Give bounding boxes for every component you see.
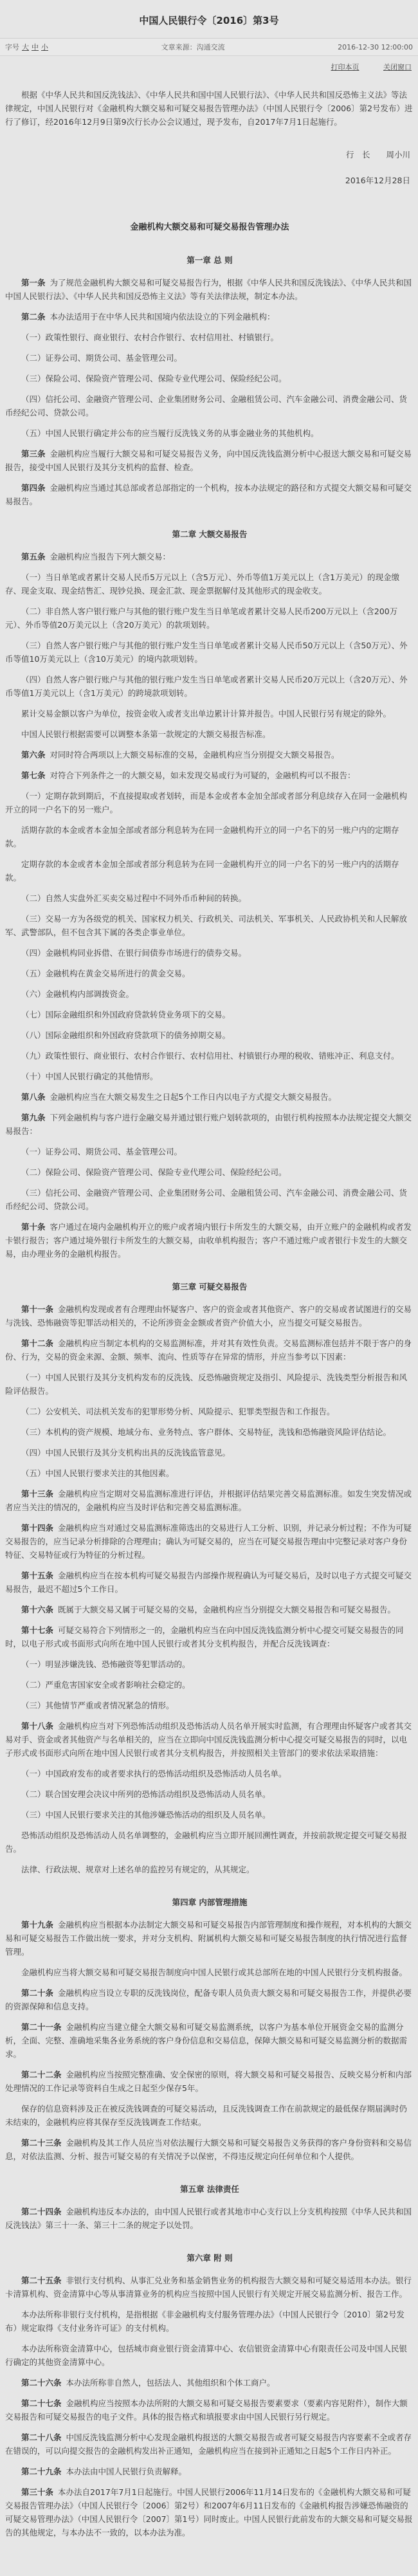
article-paragraph: 第十七条可疑交易符合下列情形之一的，金融机构应当在向中国反洗钱监测分析中心提交可…: [5, 1623, 414, 1650]
article-number: 第五条: [21, 552, 46, 562]
list-item-paragraph: （三）自然人客户银行账户与其他的银行账户发生当日单笔或者累计交易人民币50万元以…: [5, 639, 414, 666]
article-paragraph: 第五条金融机构应当报告下列大额交易：: [5, 550, 414, 563]
list-item-paragraph: （五）中国人民银行要求关注的其他因素。: [5, 1466, 414, 1480]
body-paragraph: 法律、行政法规、规章对上述名单的监控另有规定的，从其规定。: [5, 1863, 414, 1876]
list-item-paragraph: （三）信托公司、金融资产管理公司、企业集团财务公司、金融租赁公司、汽车金融公司、…: [5, 1186, 414, 1213]
chapter-heading: 第六章 附 则: [5, 2251, 414, 2265]
body-paragraph: 活期存款的本金或者本金加全部或者部分利息转为在同一金融机构开立的同一户名下的另一…: [5, 823, 414, 850]
list-item-paragraph: （七）国际金融组织和外国政府贷款转贷业务项下的交易。: [5, 1008, 414, 1021]
document-blocks: 第一章 总 则第一条为了规范金融机构大额交易和可疑交易报告行为，根据《中华人民共…: [5, 253, 414, 2539]
article-paragraph: 第二十九条本办法由中国人民银行负责解释。: [5, 2465, 414, 2478]
article-paragraph: 第二十四条金融机构违反本办法的，由中国人民银行或者其地市中心支行以上分支机构按照…: [5, 2205, 414, 2232]
article-number: 第三十条: [21, 2487, 53, 2497]
article-number: 第二十五条: [21, 2276, 62, 2285]
chapter-heading: 第二章 大额交易报告: [5, 527, 414, 541]
font-size-large-link[interactable]: 大: [22, 42, 29, 52]
article-number: 第十二条: [21, 1338, 53, 1348]
article-paragraph: 第二十条金融机构应当设立专职的反洗钱岗位，配备专职人员负责大额交易和可疑交易报告…: [5, 1986, 414, 2013]
article-number: 第二十三条: [21, 2138, 62, 2148]
body-paragraph: 本办法所称非银行支付机构，是指根据《非金融机构支付服务管理办法》（中国人民银行令…: [5, 2308, 414, 2335]
article-number: 第十条: [21, 1222, 46, 1232]
article-number: 第十七条: [21, 1625, 53, 1635]
list-item-paragraph: （二）证券公司、期货公司、基金管理公司。: [5, 351, 414, 365]
article-number: 第六条: [21, 750, 46, 760]
document-body: 根据《中华人民共和国反洗钱法》、《中华人民共和国中国人民银行法》、《中华人民共和…: [0, 72, 418, 2576]
list-item-paragraph: （四）自然人客户银行账户与其他的银行账户发生当日单笔或者累计交易人民币20万元以…: [5, 673, 414, 700]
chapter-heading: 第五章 法律责任: [5, 2182, 414, 2196]
article-paragraph: 第七条对符合下列条件之一的大额交易，如未发现交易或行为可疑的，金融机构可以不报告…: [5, 769, 414, 782]
article-number: 第十四条: [21, 1523, 53, 1533]
body-paragraph: 金融机构应当将大额交易和可疑交易报告制度向中国人民银行或其总部所在地的中国人民银…: [5, 1966, 414, 1979]
signature-date: 2016年12月28日: [5, 174, 410, 187]
body-paragraph: 定期存款的本金或者本金加全部或者部分利息转为在同一金融机构开立的同一户名下的另一…: [5, 857, 414, 884]
list-item-paragraph: （五）中国人民银行确定并公布的应当履行反洗钱义务的从事金融业务的其他机构。: [5, 426, 414, 440]
article-number: 第十五条: [21, 1571, 53, 1580]
article-paragraph: 第十五条金融机构应当在按本机构可疑交易报告内部操作规程确认为可疑交易后，及时以电…: [5, 1569, 414, 1596]
article-number: 第二十九条: [21, 2467, 62, 2476]
close-window-link[interactable]: 关闭窗口: [383, 63, 412, 71]
article-number: 第二十四条: [21, 2207, 62, 2216]
article-number: 第二十七条: [21, 2398, 62, 2408]
article-number: 第十六条: [21, 1605, 53, 1614]
article-number: 第二十二条: [21, 2070, 62, 2079]
article-paragraph: 第十四条金融机构应当对通过交易监测标准筛选出的交易进行人工分析、识别，并记录分析…: [5, 1521, 414, 1562]
list-item-paragraph: （五）金融机构在黄金交易所进行的黄金交易。: [5, 967, 414, 980]
page-actions: 打印本页 关闭窗口: [0, 56, 418, 72]
regulation-title: 金融机构大额交易和可疑交易报告管理办法: [5, 221, 414, 234]
chapter-heading: 第一章 总 则: [5, 253, 414, 267]
list-item-paragraph: （三）交易一方为各级党的机关、国家权力机关、行政机关、司法机关、军事机关、人民政…: [5, 912, 414, 939]
article-paragraph: 第六条对同时符合两项以上大额交易标准的交易，金融机构应当分别提交大额交易报告。: [5, 748, 414, 762]
print-page-link[interactable]: 打印本页: [331, 63, 359, 71]
list-item-paragraph: （三）中国人民银行要求关注的其他涉嫌恐怖活动的组织及人员名单。: [5, 1808, 414, 1822]
article-paragraph: 第二条本办法适用于在中华人民共和国境内依法设立的下列金融机构：: [5, 310, 414, 324]
article-number: 第四条: [21, 483, 46, 493]
article-number: 第七条: [21, 771, 46, 780]
list-item-paragraph: （一）中国人民银行及其分支机构发布的反洗钱、反恐怖融资规定及指引、风险提示、洗钱…: [5, 1371, 414, 1398]
list-item-paragraph: （一）证券公司、期货公司、基金管理公司。: [5, 1145, 414, 1158]
list-item-paragraph: （九）政策性银行、商业银行、农村合作银行、农村信用社、村镇银行办理的税收、错账冲…: [5, 1049, 414, 1063]
article-number: 第二条: [21, 312, 46, 322]
article-number: 第九条: [21, 1113, 46, 1122]
body-paragraph: 本办法所称资金清算中心，包括城市商业银行资金清算中心、农信银资金清算中心有限责任…: [5, 2342, 414, 2369]
list-item-paragraph: （八）国际金融组织和外国政府贷款项下的债务掉期交易。: [5, 1028, 414, 1042]
list-item-paragraph: （二）非自然人客户银行账户与其他的银行账户发生当日单笔或者累计交易人民币200万…: [5, 605, 414, 632]
list-item-paragraph: （二）公安机关、司法机关发布的犯罪形势分析、风险提示、犯罪类型报告和工作报告。: [5, 1405, 414, 1418]
meta-bar: 字号 大 中 小 文章来源：沟通交流 2016-12-30 12:00:00: [0, 38, 418, 56]
body-paragraph: 中国人民银行根据需要可以调整本条第一款规定的大额交易报告标准。: [5, 727, 414, 741]
chapter-heading: 第三章 可疑交易报告: [5, 1280, 414, 1293]
article-paragraph: 第十九条金融机构应当根据本办法制定大额交易和可疑交易报告内部管理制度和操作规程，…: [5, 1918, 414, 1959]
font-size-label: 字号: [5, 42, 19, 52]
font-size-control: 字号 大 中 小: [5, 42, 48, 52]
article-number: 第十一条: [21, 1304, 53, 1314]
list-item-paragraph: （六）金融机构内部调拨资金。: [5, 987, 414, 1001]
article-paragraph: 第十三条金融机构应当定期对交易监测标准进行评估，并根据评估结果完善交易监测标准。…: [5, 1487, 414, 1514]
article-source: 文章来源：沟通交流: [48, 42, 338, 52]
article-number: 第十九条: [21, 1920, 53, 1930]
article-paragraph: 第二十一条金融机构应当建立健全大额交易和可疑交易监测系统，以客户为基本单位开展资…: [5, 2020, 414, 2061]
publish-datetime: 2016-12-30 12:00:00: [338, 43, 413, 51]
list-item-paragraph: （三）保险公司、保险资产管理公司、保险专业代理公司、保险经纪公司。: [5, 372, 414, 385]
article-number: 第三条: [21, 449, 46, 459]
body-paragraph: 恐怖活动组织及恐怖活动人员名单调整的，金融机构应当立即开展回溯性调查，并按前款规…: [5, 1829, 414, 1856]
list-item-paragraph: （一）当日单笔或者累计交易人民币5万元以上（含5万元）、外币等值1万美元以上（含…: [5, 571, 414, 598]
list-item-paragraph: （十）中国人民银行确定的其他情形。: [5, 1070, 414, 1083]
article-number: 第十八条: [21, 1721, 53, 1731]
article-number: 第二十六条: [21, 2378, 62, 2388]
preamble-paragraph: 根据《中华人民共和国反洗钱法》、《中华人民共和国中国人民银行法》、《中华人民共和…: [5, 88, 414, 129]
list-item-paragraph: （四）信托公司、金融资产管理公司、企业集团财务公司、金融租赁公司、汽车金融公司、…: [5, 392, 414, 419]
article-number: 第十三条: [21, 1489, 53, 1499]
signature-line: 行 长 周小川: [5, 148, 410, 161]
article-number: 第二十一条: [21, 2022, 62, 2032]
body-paragraph: 累计交易金额以客户为单位，按资金收入或者支出单边累计计算并报告。中国人民银行另有…: [5, 707, 414, 720]
article-paragraph: 第四条金融机构应当通过其总部或者总部指定的一个机构，按本办法规定的路径和方式提交…: [5, 481, 414, 508]
list-item-paragraph: （一）定期存款到期后，不直接提取或者划转，而是本金或者本金加全部或者部分利息续存…: [5, 789, 414, 816]
article-paragraph: 第二十三条金融机构及其工作人员应当对依法履行大额交易和可疑交易报告义务获得的客户…: [5, 2136, 414, 2163]
page-title: 中国人民银行令〔2016〕第3号: [0, 0, 418, 38]
body-paragraph: 保存的信息资料涉及正在被反洗钱调查的可疑交易活动，且反洗钱调查工作在前款规定的最…: [5, 2102, 414, 2129]
page: 中国人民银行令〔2016〕第3号 字号 大 中 小 文章来源：沟通交流 2016…: [0, 0, 418, 2576]
list-item-paragraph: （一）政策性银行、商业银行、农村合作银行、农村信用社、村镇银行。: [5, 331, 414, 344]
article-paragraph: 第二十八条中国反洗钱监测分析中心发现金融机构报送的大额交易报告或者可疑交易报告内…: [5, 2431, 414, 2458]
article-number: 第八条: [21, 1092, 46, 1102]
font-size-medium-link[interactable]: 中: [32, 42, 39, 52]
article-number: 第二十八条: [21, 2433, 62, 2442]
article-paragraph: 第三十条本办法自2017年7月1日起施行。中国人民银行2006年11月14日发布…: [5, 2485, 414, 2539]
article-paragraph: 第十六条既属于大额交易又属于可疑交易的交易，金融机构应当分别提交大额交易报告和可…: [5, 1603, 414, 1616]
list-item-paragraph: （一）明显涉嫌洗钱、恐怖融资等犯罪活动的。: [5, 1658, 414, 1671]
list-item-paragraph: （三）本机构的资产规模、地域分布、业务特点、客户群体、交易特征，洗钱和恐怖融资风…: [5, 1425, 414, 1439]
article-paragraph: 第九条下列金融机构与客户进行金融交易并通过银行账户划转款项的，由银行机构按照本办…: [5, 1111, 414, 1138]
article-paragraph: 第二十六条本办法所称非自然人，包括法人、其他组织和个体工商户。: [5, 2376, 414, 2389]
chapter-heading: 第四章 内部管理措施: [5, 1895, 414, 1909]
article-paragraph: 第二十二条金融机构应当按照完整准确、安全保密的原则，将大额交易和可疑交易报告、反…: [5, 2068, 414, 2095]
article-paragraph: 第十条客户通过在境内金融机构开立的账户或者境内银行卡所发生的大额交易，由开立账户…: [5, 1220, 414, 1261]
list-item-paragraph: （二）联合国安理会决议中所列的恐怖活动组织及恐怖活动人员名单。: [5, 1787, 414, 1801]
list-item-paragraph: （二）自然人实盘外汇买卖交易过程中不同外币币种间的转换。: [5, 891, 414, 905]
list-item-paragraph: （一）中国政府发布的或者要求执行的恐怖活动组织及恐怖活动人员名单。: [5, 1767, 414, 1780]
article-paragraph: 第十一条金融机构发现或者有合理理由怀疑客户、客户的资金或者其他资产、客户的交易或…: [5, 1302, 414, 1329]
list-item-paragraph: （二）严重危害国家安全或者影响社会稳定的。: [5, 1678, 414, 1692]
article-paragraph: 第二十五条非银行支付机构、从事汇兑业务和基金销售业务的机构报告大额交易和可疑交易…: [5, 2274, 414, 2301]
article-number: 第一条: [21, 278, 46, 288]
article-paragraph: 第十二条金融机构应当制定本机构的交易监测标准，并对其有效性负责。交易监测标准包括…: [5, 1337, 414, 1364]
font-size-small-link[interactable]: 小: [41, 42, 48, 52]
list-item-paragraph: （二）保险公司、保险资产管理公司、保险专业代理公司、保险经纪公司。: [5, 1165, 414, 1179]
list-item-paragraph: （三）其他情节严重或者情况紧急的情形。: [5, 1699, 414, 1712]
article-paragraph: 第二十七条金融机构应当按照本办法所附的大额交易和可疑交易报告要素要求（要素内容见…: [5, 2397, 414, 2424]
article-number: 第二十条: [21, 1988, 53, 1998]
list-item-paragraph: （四）金融机构同业拆借、在银行间债券市场进行的债券交易。: [5, 946, 414, 960]
article-paragraph: 第十八条金融机构应当对下列恐怖活动组织及恐怖活动人员名单开展实时监测，有合理理由…: [5, 1719, 414, 1760]
list-item-paragraph: （四）中国人民银行及其分支机构出具的反洗钱监管意见。: [5, 1446, 414, 1459]
article-paragraph: 第八条金融机构应当在大额交易发生之日起5个工作日内以电子方式提交大额交易报告。: [5, 1090, 414, 1104]
article-paragraph: 第一条为了规范金融机构大额交易和可疑交易报告行为，根据《中华人民共和国反洗钱法》…: [5, 276, 414, 303]
article-paragraph: 第三条金融机构应当履行大额交易和可疑交易报告义务，向中国反洗钱监测分析中心报送大…: [5, 447, 414, 474]
